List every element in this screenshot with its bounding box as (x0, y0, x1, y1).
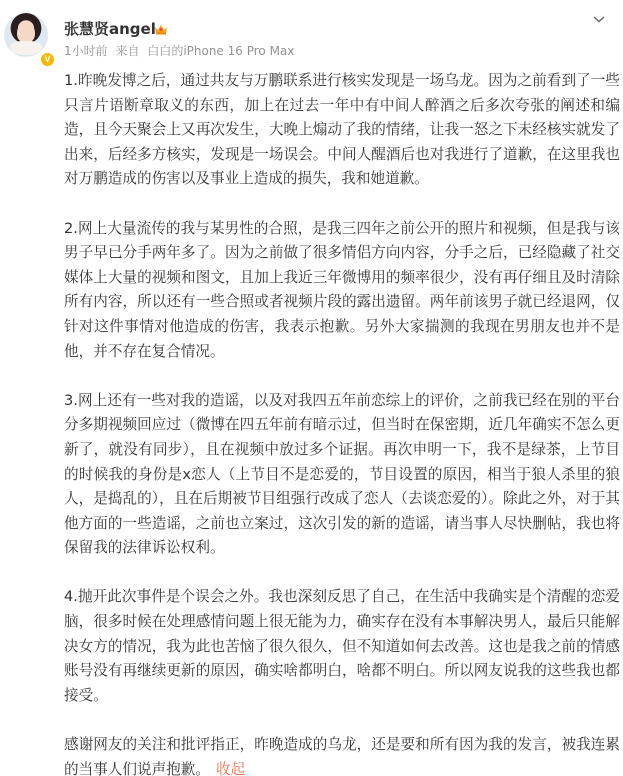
post-content: 1.昨晚发博之后，通过共友与万鹏联系进行核实发现是一场乌龙。因为之前看到了一些只… (64, 69, 620, 776)
post-paragraph-4: 4.抛开此次事件是个误会之外。我也深刻反思了自己，在生活中我确实是个清醒的恋爱脑… (64, 585, 620, 708)
post-meta: 1小时前 来自 白白的iPhone 16 Pro Max (64, 43, 298, 59)
post-time[interactable]: 1小时前 (64, 44, 108, 58)
source-prefix: 来自 (115, 44, 139, 58)
crown-icon (154, 23, 168, 35)
post-paragraph-5-text: 感谢网友的关注和批评指正，昨晚造成的乌龙，还是要和所有因为我的发言，被我连累的当… (64, 736, 620, 776)
avatar-face (17, 23, 35, 43)
post-paragraph-1: 1.昨晚发博之后，通过共友与万鹏联系进行核实发现是一场乌龙。因为之前看到了一些只… (64, 69, 620, 192)
author-name[interactable]: 张慧贤angel (64, 20, 156, 38)
avatar[interactable] (4, 13, 48, 57)
chevron-down-icon[interactable] (592, 14, 606, 24)
source-device: 白白的iPhone 16 Pro Max (147, 44, 294, 58)
verified-badge-icon: V (40, 52, 55, 67)
post-paragraph-3: 3.网上还有一些对我的造谣，以及对我四五年前恋综上的评价，之前我已经在别的平台分… (64, 389, 620, 561)
post-paragraph-2: 2.网上大量流传的我与某男性的合照，是我三四年之前公开的照片和视频，但是我与该男… (64, 217, 620, 365)
collapse-link[interactable]: 收起 (216, 761, 245, 776)
post-paragraph-5: 感谢网友的关注和批评指正，昨晚造成的乌龙，还是要和所有因为我的发言，被我连累的当… (64, 733, 620, 776)
avatar-scarf (10, 41, 42, 55)
